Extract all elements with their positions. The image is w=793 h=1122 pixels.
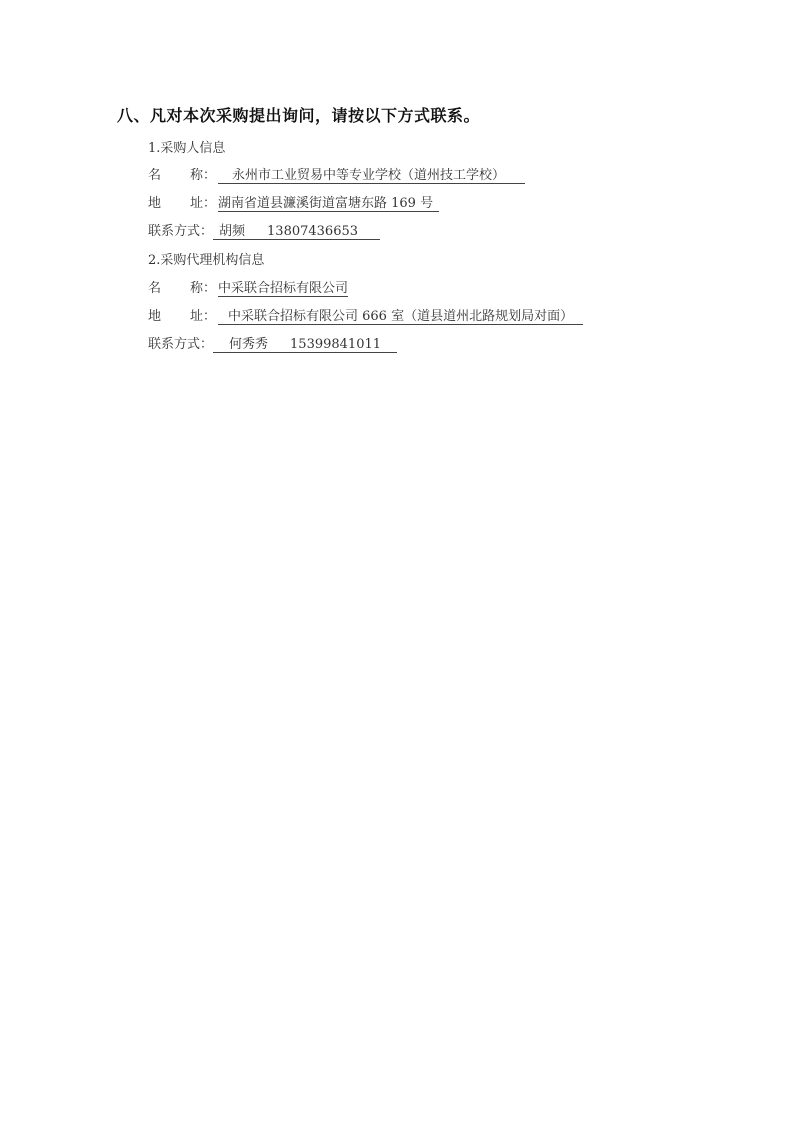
agency-contact-row: 联系方式：何秀秀15399841011 bbox=[148, 333, 397, 353]
purchaser-title: 1.采购人信息 bbox=[148, 137, 225, 156]
section-heading: 八、凡对本次采购提出询问，请按以下方式联系。 bbox=[117, 103, 480, 126]
label: 名 bbox=[148, 277, 190, 296]
contact-phone: 15399841011 bbox=[290, 337, 381, 352]
contact-person: 胡频 bbox=[219, 224, 245, 239]
label: 名 bbox=[148, 164, 190, 183]
purchaser-name-row: 名称：永州市工业贸易中等专业学校（道州技工学校） bbox=[148, 164, 525, 184]
purchaser-name-value: 永州市工业贸易中等专业学校（道州技工学校） bbox=[218, 168, 525, 184]
label: 称： bbox=[190, 281, 216, 296]
label: 联系方式： bbox=[148, 220, 213, 239]
label: 地 bbox=[148, 192, 190, 211]
purchaser-address-value: 湖南省道县濂溪街道富塘东路 169 号 bbox=[218, 196, 439, 212]
contact-phone: 13807436653 bbox=[267, 224, 358, 239]
agency-title: 2.采购代理机构信息 bbox=[148, 249, 264, 268]
label: 联系方式： bbox=[148, 333, 213, 352]
agency-name-value: 中采联合招标有限公司 bbox=[218, 281, 348, 297]
contact-person: 何秀秀 bbox=[229, 337, 268, 352]
agency-address-value: 中采联合招标有限公司 666 室（道县道州北路规划局对面） bbox=[218, 309, 583, 325]
agency-address-row: 地址：中采联合招标有限公司 666 室（道县道州北路规划局对面） bbox=[148, 305, 583, 325]
label: 址： bbox=[190, 309, 216, 324]
agency-name-row: 名称：中采联合招标有限公司 bbox=[148, 277, 348, 297]
agency-contact-value: 何秀秀15399841011 bbox=[213, 337, 397, 353]
label: 址： bbox=[190, 196, 216, 211]
label: 地 bbox=[148, 305, 190, 324]
purchaser-address-row: 地址：湖南省道县濂溪街道富塘东路 169 号 bbox=[148, 192, 439, 212]
purchaser-contact-row: 联系方式：胡频13807436653 bbox=[148, 220, 380, 240]
purchaser-contact-value: 胡频13807436653 bbox=[213, 224, 380, 240]
label: 称： bbox=[190, 168, 216, 183]
